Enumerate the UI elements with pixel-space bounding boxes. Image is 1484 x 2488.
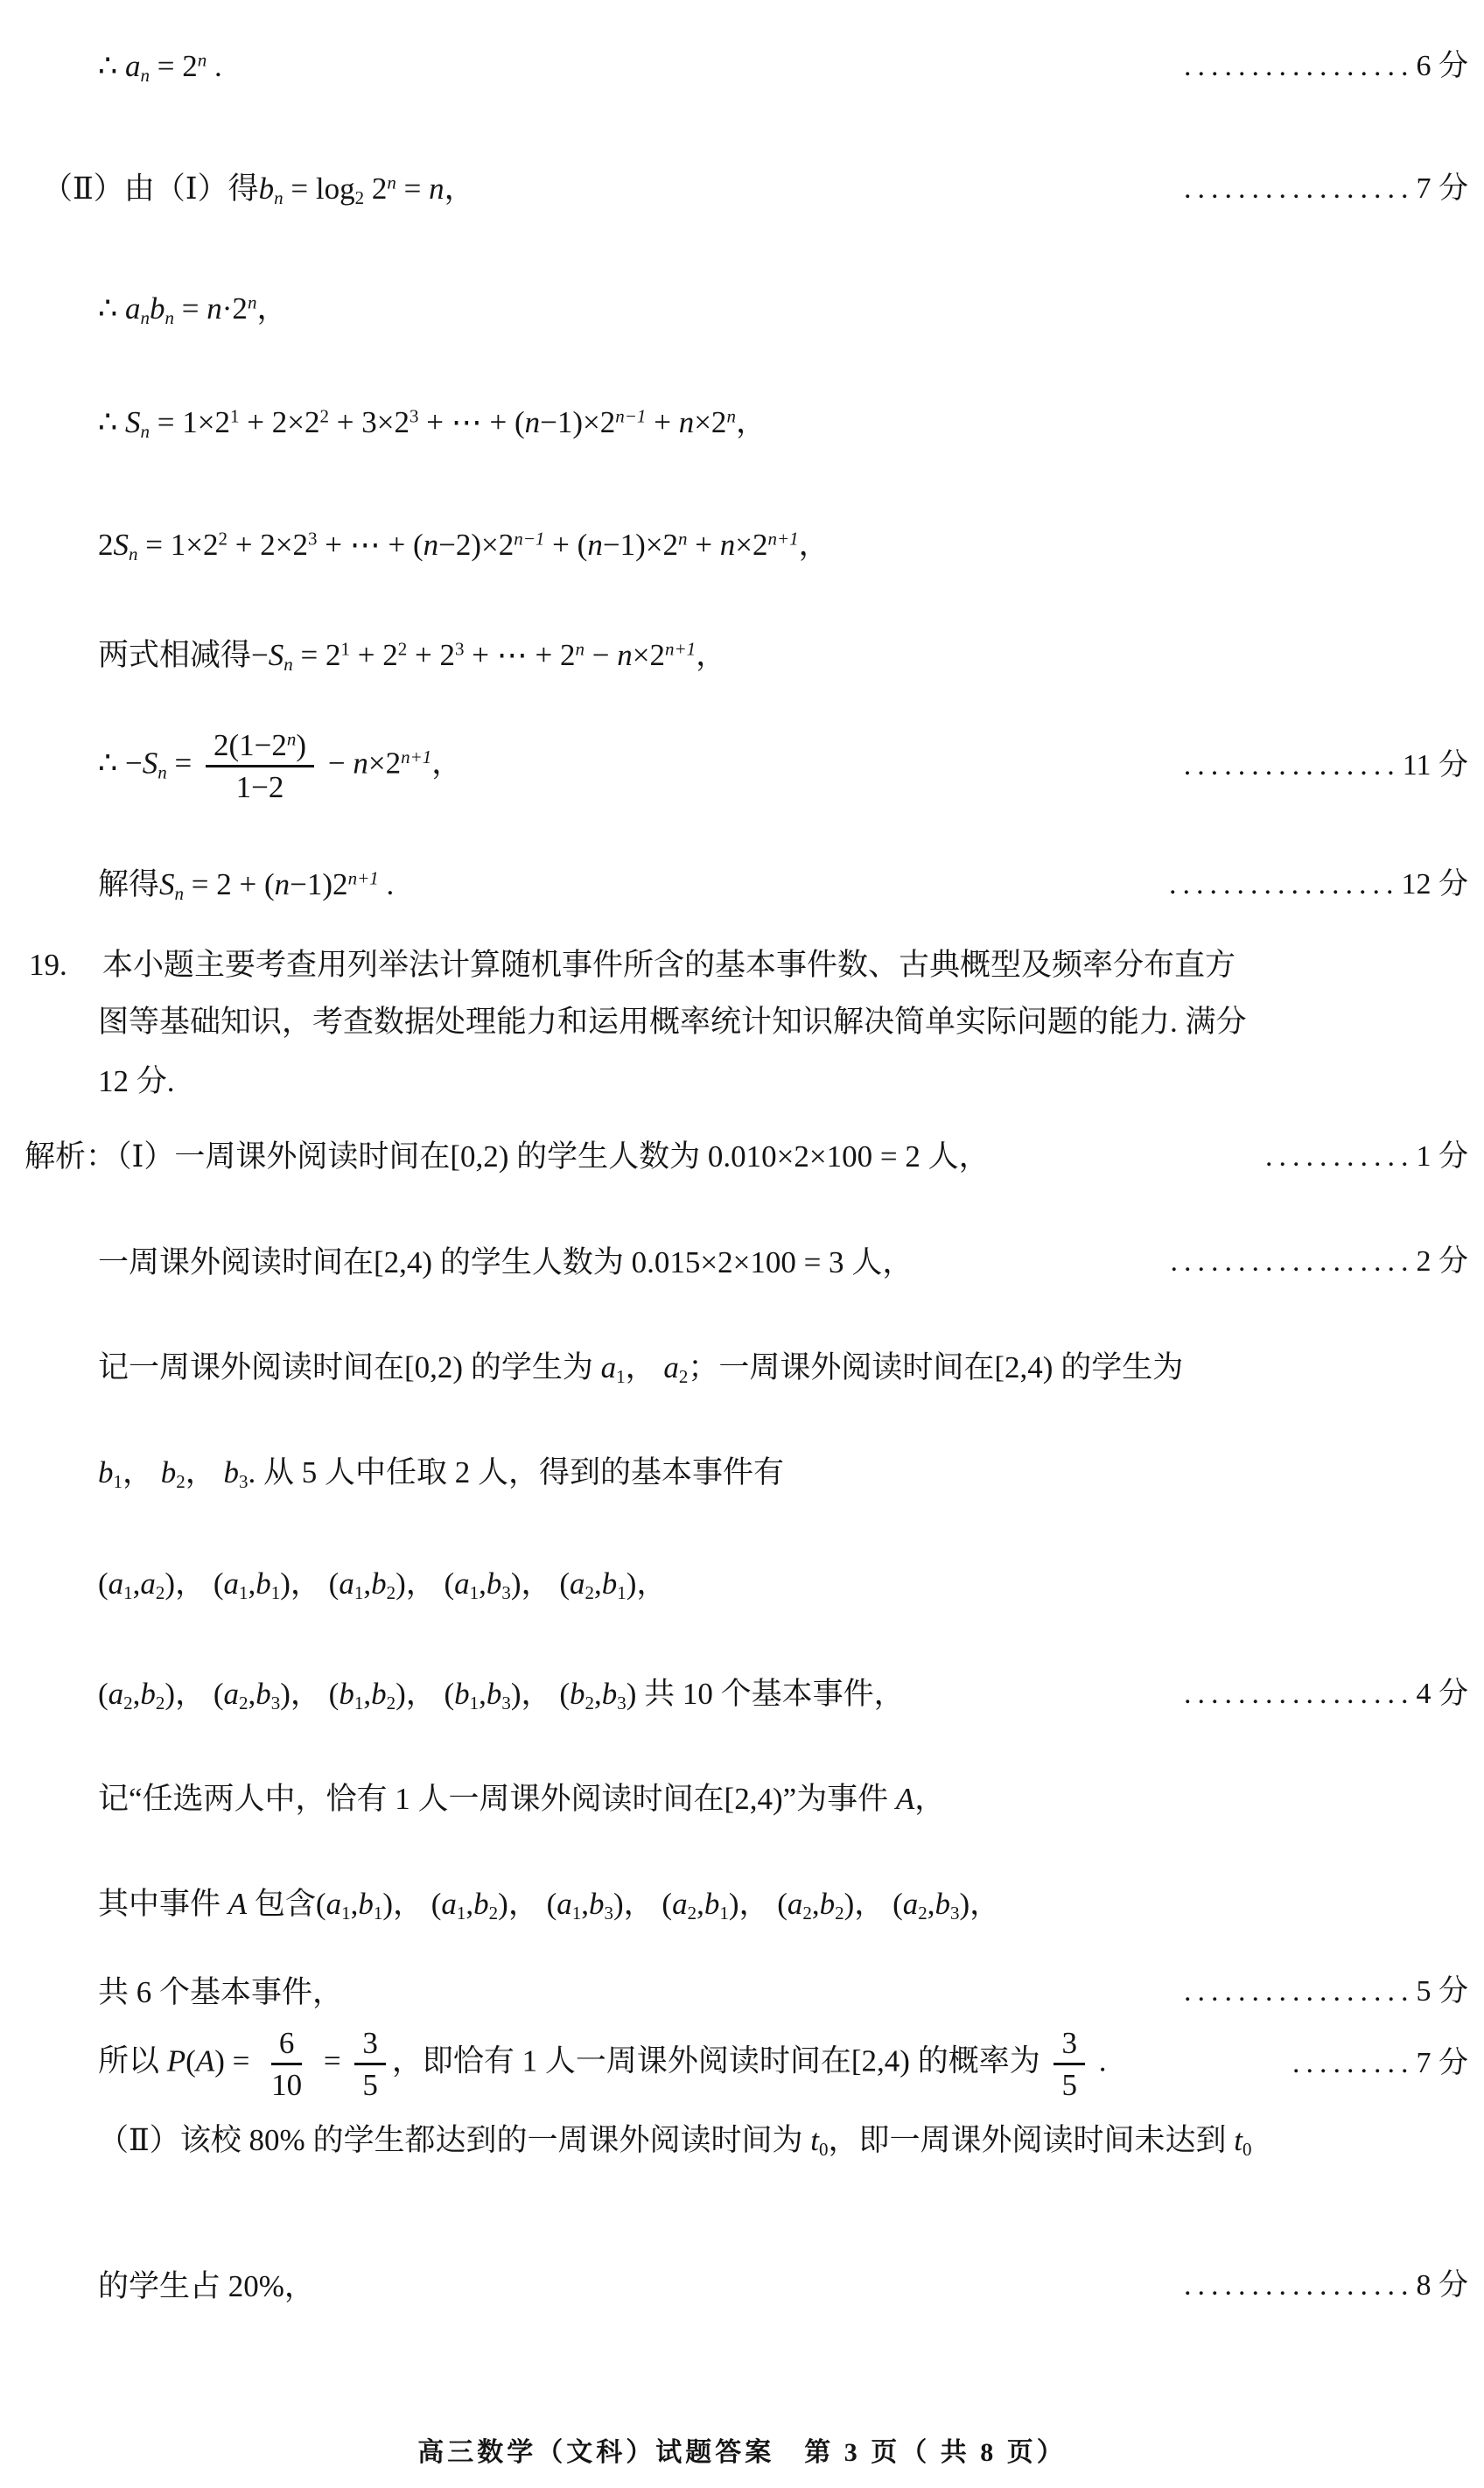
text-segment: 2 xyxy=(218,529,227,550)
text-segment: 0 xyxy=(1242,2139,1252,2160)
text-segment: ) xyxy=(844,1887,855,1921)
text-segment: ， xyxy=(256,291,287,326)
text-segment: = xyxy=(396,172,429,206)
line-content: （Ⅱ）该校 80% 的学生都达到的一周课外阅读时间为 t0，即一周课外阅读时间未… xyxy=(98,2120,1251,2162)
text-segment: 2 xyxy=(679,1366,689,1387)
text-segment: n xyxy=(423,528,439,562)
text-segment: 1 xyxy=(341,639,351,660)
text-segment: −1)2 xyxy=(290,867,347,901)
fraction: 2(1−2n)1−2 xyxy=(206,726,314,806)
text-segment: 人， xyxy=(844,1245,913,1279)
leader-dots: ................. xyxy=(1184,1975,1415,2008)
line-content: （Ⅱ）由（Ⅰ）得bn = log2 2n = n， xyxy=(42,168,475,210)
text-segment: 12 分. xyxy=(98,1064,175,1098)
text-segment: ， xyxy=(406,1677,444,1711)
q19-intro: 19.本小题主要考查用列举法计算随机事件所含的基本事件数、古典概型及频率分布直方 xyxy=(0,944,1468,986)
text-segment: ) xyxy=(395,1677,406,1711)
text-segment: ) xyxy=(296,728,306,762)
text-segment: A xyxy=(196,2044,214,2078)
pair-subscript: 2 xyxy=(123,1693,133,1714)
text-segment: , xyxy=(465,1887,473,1921)
leader-dots: ........... xyxy=(1265,1140,1415,1173)
text-segment: [0,2) xyxy=(450,1139,508,1174)
probability-result: 所以 P(A) = 610 = 35，即恰有 1 人一周课外阅读时间在[2,4)… xyxy=(0,2024,1468,2104)
text-segment: 2 xyxy=(176,1471,185,1492)
text-segment: 的学生为 xyxy=(1053,1350,1183,1384)
part2-students-20pct: 的学生占 20%，.................8 分 xyxy=(0,2266,1468,2308)
line-content: 所以 P(A) = 610 = 35，即恰有 1 人一周课外阅读时间在[2,4)… xyxy=(98,2024,1106,2104)
answer-sheet-body: ∴ an = 2n ..................6 分（Ⅱ）由（Ⅰ）得b… xyxy=(0,46,1484,2308)
text-segment: ， xyxy=(431,746,462,781)
text-segment: n xyxy=(165,306,175,327)
pair-subscript: 2 xyxy=(802,1903,812,1924)
neg-sn-fraction: ∴ −Sn = 2(1−2n)1−2 − n×2n+1，............… xyxy=(0,726,1468,806)
text-segment: 解得 xyxy=(98,867,159,901)
text-segment: + xyxy=(646,405,678,439)
pair-subscript: 1 xyxy=(354,1581,364,1602)
text-segment: = log xyxy=(283,172,355,206)
text-segment: . xyxy=(1091,2044,1107,2078)
text-segment: ， xyxy=(696,638,726,672)
leader-dots: ................ xyxy=(1184,749,1401,781)
text-segment: ( xyxy=(213,1677,224,1711)
pair-variable: b xyxy=(486,1566,502,1601)
text-segment: , xyxy=(363,1566,371,1601)
text-segment: 2 xyxy=(364,172,387,206)
pair-subscript: 1 xyxy=(572,1903,582,1924)
conclusion-an: ∴ an = 2n ..................6 分 xyxy=(0,46,1468,88)
text-segment: n xyxy=(353,746,368,781)
score-label: 2 分 xyxy=(1415,1245,1469,1278)
text-segment: ， xyxy=(290,1677,329,1711)
line-content: ∴ −Sn = 2(1−2n)1−2 − n×2n+1， xyxy=(98,726,462,806)
line-content: ∴ anbn = n·2n， xyxy=(98,288,287,330)
score-label: 6 分 xyxy=(1415,50,1469,82)
pair-subscript: 1 xyxy=(470,1693,479,1714)
pair-variable: a xyxy=(556,1887,572,1921)
text-segment: + ⋯ + 2 xyxy=(465,638,576,672)
event-pair: (a1,b2) xyxy=(329,1566,406,1601)
leader-dots: ................. xyxy=(1169,868,1400,901)
text-segment: 19. xyxy=(29,944,102,986)
text-segment: ；一周课外阅读时间在 xyxy=(688,1350,994,1384)
fraction-denominator: 10 xyxy=(263,2065,310,2104)
text-segment: . xyxy=(206,49,222,83)
text-segment: n xyxy=(429,172,444,206)
q19-total-score: 12 分. xyxy=(0,1061,1468,1103)
text-segment: 共 10 个基本事件， xyxy=(636,1677,904,1711)
pair-variable: a xyxy=(223,1566,239,1601)
text-segment: + xyxy=(687,528,719,562)
text-segment: + 2×2 xyxy=(227,528,308,562)
score-marker: .................7 分 xyxy=(1163,169,1468,210)
text-segment: ， xyxy=(406,1566,444,1601)
event-pair: (a1,b2) xyxy=(431,1887,508,1921)
score-marker: ................11 分 xyxy=(1163,746,1468,787)
text-segment: + ( xyxy=(544,528,587,562)
pair-variable: a xyxy=(140,1566,156,1601)
text-segment: ( xyxy=(329,1566,339,1601)
text-segment: n xyxy=(587,528,603,562)
text-segment: −1)×2 xyxy=(540,405,615,439)
pair-subscript: 2 xyxy=(387,1693,396,1714)
text-segment: ( xyxy=(559,1677,570,1711)
text-segment: − xyxy=(584,638,617,672)
pair-variable: a xyxy=(454,1566,470,1601)
pair-subscript: 1 xyxy=(239,1581,248,1602)
text-segment: b xyxy=(224,1455,240,1489)
text-segment: b xyxy=(150,291,165,326)
text-segment: ( xyxy=(661,1887,672,1921)
text-segment: , xyxy=(248,1677,255,1711)
text-segment: + 2 xyxy=(407,638,455,672)
score-label: 7 分 xyxy=(1415,172,1469,205)
score-marker: .................4 分 xyxy=(1163,1674,1468,1715)
text-segment: , xyxy=(594,1677,602,1711)
footer-text: 高三数学（文科）试题答案 第 3 页（ 共 8 页） xyxy=(417,2438,1067,2467)
text-segment: ) xyxy=(280,1566,290,1601)
text-segment: [2,4) xyxy=(724,1782,783,1816)
text-segment: −2)×2 xyxy=(438,528,514,562)
score-marker: .........7 分 xyxy=(1271,2043,1468,2085)
event-pair: (a2,b3) xyxy=(213,1677,290,1711)
line-content: ∴ Sn = 1×21 + 2×22 + 3×23 + ⋯ + (n−1)×2n… xyxy=(98,402,766,444)
text-segment: 人， xyxy=(920,1139,990,1174)
text-segment: b xyxy=(259,172,275,206)
text-segment: 2 xyxy=(98,528,114,562)
text-segment: 10 xyxy=(271,2068,302,2102)
text-segment: 3 xyxy=(239,1471,248,1492)
text-segment: n xyxy=(141,306,150,327)
fraction-numerator: 3 xyxy=(354,2024,386,2065)
event-A-contains: 其中事件 A 包含(a1,b1)， (a1,b2)， (a1,b3)， (a2,… xyxy=(0,1883,1468,1925)
line-content: 解得Sn = 2 + (n−1)2n+1 . xyxy=(98,864,394,906)
pair-variable: b xyxy=(589,1887,605,1921)
score-label: 12 分 xyxy=(1400,868,1469,901)
pair-variable: b xyxy=(140,1677,156,1711)
text-segment: ， xyxy=(175,1566,213,1601)
fraction-denominator: 5 xyxy=(354,2065,386,2104)
fraction-numerator: 2(1−2n) xyxy=(206,726,314,767)
part2-reading-time: （Ⅱ）该校 80% 的学生都达到的一周课外阅读时间为 t0，即一周课外阅读时间未… xyxy=(0,2120,1468,2162)
text-segment: n xyxy=(175,883,185,904)
text-segment: ， xyxy=(521,1566,560,1601)
pair-variable: b xyxy=(473,1887,489,1921)
fraction-denominator: 1−2 xyxy=(228,767,292,806)
fraction-denominator: 5 xyxy=(1053,2065,1085,2104)
text-segment: [2,4) xyxy=(851,2044,910,2078)
text-segment: 3 xyxy=(308,529,318,550)
pair-variable: a xyxy=(570,1566,585,1601)
text-segment: 图等基础知识，考查数据处理能力和运用概率统计知识解决简单实际问题的能力. 满分 xyxy=(98,1005,1247,1039)
text-segment: n xyxy=(720,528,736,562)
text-segment: ( xyxy=(444,1566,454,1601)
text-segment: + 2 xyxy=(350,638,398,672)
leader-dots: ................. xyxy=(1184,2269,1415,2302)
text-segment: ， xyxy=(508,1887,547,1921)
text-segment: 的学生占 20%， xyxy=(98,2269,315,2303)
text-segment: 的学生为 xyxy=(463,1350,601,1384)
text-segment: 2 xyxy=(320,405,330,426)
text-segment: n xyxy=(678,529,688,550)
pair-subscript: 3 xyxy=(604,1903,613,1924)
pair-variable: b xyxy=(602,1677,618,1711)
text-segment: 解析：（Ⅰ）一周课外阅读时间在 xyxy=(24,1139,450,1174)
text-segment: 5 xyxy=(1061,2068,1077,2102)
text-segment: ) xyxy=(164,1566,175,1601)
event-pair: (a1,b1) xyxy=(213,1566,290,1601)
pair-subscript: 2 xyxy=(239,1693,248,1714)
text-segment: n xyxy=(129,543,138,564)
text-segment: 的学生人数为 xyxy=(508,1139,708,1174)
pair-subscript: 1 xyxy=(470,1581,479,1602)
text-segment: ， xyxy=(738,1887,777,1921)
pair-subscript: 1 xyxy=(123,1581,133,1602)
text-segment: ， xyxy=(969,1887,1000,1921)
text-segment: ) xyxy=(280,1677,290,1711)
event-pair: (a2,b3) xyxy=(892,1887,969,1921)
pair-subscript: 3 xyxy=(501,1693,511,1714)
text-segment: ， xyxy=(799,528,829,562)
text-segment: S xyxy=(159,867,175,901)
text-segment: ) xyxy=(626,1566,637,1601)
text-segment: 6 xyxy=(279,2026,295,2060)
text-segment: ·2 xyxy=(222,291,248,326)
text-segment: n xyxy=(157,761,167,782)
text-segment: 共 6 个基本事件， xyxy=(98,1975,343,2009)
pair-variable: b xyxy=(339,1677,354,1711)
score-marker: .................6 分 xyxy=(1163,46,1468,88)
event-pair: (b1,b3) xyxy=(444,1677,521,1711)
text-segment: n xyxy=(275,867,290,901)
text-segment: n xyxy=(726,405,736,426)
text-segment: 的学生人数为 xyxy=(432,1245,632,1279)
pair-variable: b xyxy=(704,1887,720,1921)
score-marker: .................8 分 xyxy=(1163,2266,1468,2307)
text-segment: ”为事件 xyxy=(783,1782,896,1816)
line-content: 的学生占 20%， xyxy=(98,2266,315,2308)
score-marker: .................12 分 xyxy=(1148,865,1468,906)
text-segment: A xyxy=(896,1782,914,1816)
text-segment: S xyxy=(114,528,129,562)
text-segment: ) xyxy=(729,1887,739,1921)
line-content: 一周课外阅读时间在[2,4) 的学生人数为 0.015×2×100 = 3 人， xyxy=(98,1242,913,1284)
text-segment: ( xyxy=(316,1887,326,1921)
pair-subscript: 3 xyxy=(271,1693,281,1714)
pair-subscript: 2 xyxy=(489,1903,499,1924)
text-segment: n xyxy=(387,172,396,193)
text-segment: 0.010×2×100 = 2 xyxy=(708,1139,920,1174)
text-segment: , xyxy=(812,1887,820,1921)
text-segment: + 3×2 xyxy=(329,405,409,439)
leader-dots: ......... xyxy=(1292,2047,1415,2079)
leader-dots: ................. xyxy=(1184,1678,1415,1710)
event-pair: (a2,b2) xyxy=(777,1887,854,1921)
pair-variable: a xyxy=(223,1677,239,1711)
pair-subscript: 1 xyxy=(617,1581,626,1602)
line-content: 解析：（Ⅰ）一周课外阅读时间在[0,2) 的学生人数为 0.010×2×100 … xyxy=(24,1136,990,1178)
text-segment: ( xyxy=(559,1566,570,1601)
pair-subscript: 1 xyxy=(457,1903,466,1924)
text-segment: 包含 xyxy=(247,1887,316,1921)
text-segment: 2 xyxy=(355,187,365,208)
text-segment: 记一周课外阅读时间在 xyxy=(98,1350,404,1384)
subtract-equations: 两式相减得−Sn = 21 + 22 + 23 + ⋯ + 2n − n×2n+… xyxy=(0,634,1468,676)
score-label: 1 分 xyxy=(1415,1140,1469,1173)
text-segment: 本小题主要考查用列举法计算随机事件所含的基本事件数、古典概型及频率分布直方 xyxy=(102,948,1235,982)
text-segment: （Ⅱ）该校 80% 的学生都达到的一周课外阅读时间为 xyxy=(98,2123,810,2157)
pair-variable: b xyxy=(358,1887,374,1921)
text-segment: n xyxy=(576,639,585,660)
pair-variable: a xyxy=(787,1887,803,1921)
event-A-count: 共 6 个基本事件，.................5 分 xyxy=(0,1972,1468,2014)
text-segment: a xyxy=(125,291,141,326)
text-segment: t xyxy=(1234,2123,1242,2157)
define-students-b: b1， b2， b3. 从 5 人中任取 2 人，得到的基本事件有 xyxy=(0,1452,1468,1494)
text-segment: ， xyxy=(521,1677,560,1711)
text-segment: −1)×2 xyxy=(603,528,678,562)
text-segment: 一周课外阅读时间在 xyxy=(98,1245,374,1279)
analysis-part1-count2: 一周课外阅读时间在[2,4) 的学生人数为 0.015×2×100 = 3 人，… xyxy=(0,1242,1468,1284)
text-segment: ) xyxy=(511,1566,521,1601)
pair-subscript: 1 xyxy=(341,1903,351,1924)
pair-subscript: 2 xyxy=(584,1581,594,1602)
text-segment: + 2×2 xyxy=(240,405,320,439)
fraction: 35 xyxy=(354,2024,386,2104)
text-segment: n+1 xyxy=(348,868,379,889)
text-segment: = xyxy=(167,746,199,781)
text-segment: + ⋯ + ( xyxy=(418,405,524,439)
pair-variable: a xyxy=(108,1677,124,1711)
text-segment: n+1 xyxy=(665,639,696,660)
text-segment: , xyxy=(696,1887,704,1921)
text-segment: , xyxy=(248,1566,255,1601)
text-segment: . 从 5 人中任取 2 人，得到的基本事件有 xyxy=(248,1455,785,1489)
pair-variable: a xyxy=(903,1887,919,1921)
text-segment: ， xyxy=(122,1455,161,1489)
text-segment: ， xyxy=(185,1455,224,1489)
text-segment: n xyxy=(141,421,150,442)
event-pair: (a1,b3) xyxy=(444,1566,521,1601)
sn-expansion: ∴ Sn = 1×21 + 2×22 + 3×23 + ⋯ + (n−1)×2n… xyxy=(0,402,1468,444)
pair-variable: b xyxy=(602,1566,618,1601)
text-segment: n xyxy=(248,291,257,312)
text-segment: ， xyxy=(290,1566,329,1601)
score-label: 4 分 xyxy=(1415,1678,1469,1710)
event-pair: (b1,b2) xyxy=(329,1677,406,1711)
event-pair: (b2,b3) xyxy=(559,1677,636,1711)
text-segment: n xyxy=(198,49,207,70)
text-segment: ×2 xyxy=(694,405,726,439)
text-segment: n xyxy=(141,65,150,86)
text-segment: ∴ xyxy=(98,291,125,326)
fraction-numerator: 3 xyxy=(1053,2024,1085,2065)
text-segment: 的概率为 xyxy=(910,2044,1048,2078)
text-segment: , xyxy=(363,1677,371,1711)
text-segment: S xyxy=(269,638,284,672)
line-content: 共 6 个基本事件， xyxy=(98,1972,343,2014)
score-marker: ..................2 分 xyxy=(1150,1242,1469,1283)
text-segment: 1−2 xyxy=(236,770,284,804)
text-segment: a xyxy=(125,49,141,83)
text-segment: ( xyxy=(98,1566,108,1601)
2sn-expansion: 2Sn = 1×22 + 2×23 + ⋯ + (n−2)×2n−1 + (n−… xyxy=(0,524,1468,566)
text-segment: , xyxy=(581,1887,589,1921)
leader-dots: .................. xyxy=(1171,1245,1415,1278)
pair-subscript: 2 xyxy=(688,1903,697,1924)
line-content: 图等基础知识，考查数据处理能力和运用概率统计知识解决简单实际问题的能力. 满分 xyxy=(98,1001,1247,1043)
event-pair: (a1,b1) xyxy=(316,1887,393,1921)
text-segment: 3 xyxy=(1061,2026,1077,2060)
event-pair: (a2,b2) xyxy=(98,1677,175,1711)
pair-variable: b xyxy=(255,1677,271,1711)
line-content: 12 分. xyxy=(98,1061,175,1103)
line-content: 记一周课外阅读时间在[0,2) 的学生为 a1， a2；一周课外阅读时间在[2,… xyxy=(98,1347,1183,1389)
define-students-a: 记一周课外阅读时间在[0,2) 的学生为 a1， a2；一周课外阅读时间在[2,… xyxy=(0,1347,1468,1389)
pair-variable: a xyxy=(326,1887,342,1921)
text-segment: 1 xyxy=(114,1471,123,1492)
text-segment: 2(1−2 xyxy=(213,728,287,762)
pair-subscript: 1 xyxy=(271,1581,281,1602)
text-segment: b xyxy=(161,1455,177,1489)
text-segment: t xyxy=(810,2123,819,2157)
score-label: 5 分 xyxy=(1415,1975,1469,2008)
text-segment: = xyxy=(316,2044,348,2078)
text-segment: ， xyxy=(854,1887,892,1921)
text-segment: S xyxy=(125,405,141,439)
text-segment: ， xyxy=(736,405,766,439)
text-segment: = 2 xyxy=(293,638,341,672)
text-segment: ( xyxy=(444,1677,454,1711)
score-label: 8 分 xyxy=(1415,2269,1469,2302)
pair-variable: a xyxy=(441,1887,457,1921)
text-segment: n xyxy=(287,728,297,749)
pair-variable: a xyxy=(339,1566,354,1601)
text-segment: ( xyxy=(431,1887,442,1921)
score-label: 7 分 xyxy=(1415,2047,1469,2079)
pair-subscript: 3 xyxy=(501,1581,511,1602)
text-segment: ) xyxy=(164,1677,175,1711)
pair-variable: b xyxy=(255,1566,271,1601)
text-segment: = 1×2 xyxy=(150,405,230,439)
define-event-A: 记“任选两人中，恰有 1 人一周课外阅读时间在[2,4)”为事件 A， xyxy=(0,1778,1468,1820)
text-segment: ∴ xyxy=(98,405,125,439)
pair-variable: b xyxy=(371,1677,387,1711)
text-segment: 两式相减得 xyxy=(98,638,251,672)
line-content: (a1,a2)， (a1,b1)， (a1,b2)， (a1,b3)， (a2,… xyxy=(98,1563,667,1605)
text-segment: 0 xyxy=(819,2139,829,2160)
text-segment: 0.015×2×100 = 3 xyxy=(632,1245,844,1279)
text-segment: = 1×2 xyxy=(138,528,219,562)
text-segment: , xyxy=(479,1566,486,1601)
text-segment: ) xyxy=(382,1887,393,1921)
leader-dots: ................. xyxy=(1184,172,1415,205)
pair-subscript: 2 xyxy=(835,1903,844,1924)
text-segment: 3 xyxy=(409,405,419,426)
fraction: 35 xyxy=(1053,2024,1085,2104)
text-segment: 5 xyxy=(362,2068,378,2102)
text-segment: ∴ xyxy=(98,49,125,83)
text-segment: ) xyxy=(959,1887,969,1921)
pair-subscript: 1 xyxy=(374,1903,383,1924)
anbn-product: ∴ anbn = n·2n， xyxy=(0,288,1468,330)
text-segment: = 2 + ( xyxy=(184,867,275,901)
text-segment: 1 xyxy=(230,405,240,426)
text-segment: − xyxy=(320,746,353,781)
fraction-numerator: 6 xyxy=(271,2024,303,2065)
text-segment: 所以 xyxy=(98,2044,167,2078)
text-segment: ( xyxy=(892,1887,903,1921)
